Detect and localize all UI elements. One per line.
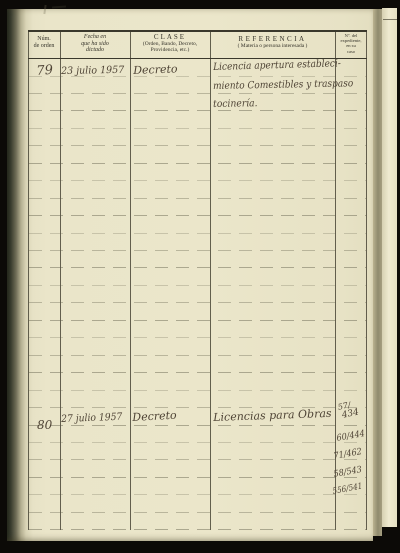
ruled-line <box>29 372 366 373</box>
header-subtitle: ( Materia o persona interesada ) <box>210 43 335 49</box>
entry-79-date: 23 julio 1957 <box>61 65 124 77</box>
entry-79-class: Decreto <box>133 62 178 77</box>
header-line: de orden <box>28 43 60 50</box>
facing-page-header-line <box>383 19 397 20</box>
ruled-line <box>29 145 366 146</box>
header-title: REFERENCIA <box>210 35 335 43</box>
ruled-line <box>29 93 366 94</box>
table-vertical-line <box>366 30 367 530</box>
header-subtitle: Providencia, etc.) <box>130 47 210 53</box>
ruled-line <box>29 390 366 391</box>
ruled-line <box>29 529 366 530</box>
column-header-fecha: Fecha en que ha sido dictado <box>60 34 130 54</box>
column-header-referencia: REFERENCIA ( Materia o persona interesad… <box>210 35 335 49</box>
scanned-register-page: Núm. de orden Fecha en que ha sido dicta… <box>0 0 400 553</box>
entry-79-reference-line: tocinería. <box>213 98 258 110</box>
table-vertical-line <box>60 30 61 530</box>
header-title: CLASE <box>130 33 210 41</box>
ruled-line <box>29 180 366 181</box>
ruled-line <box>29 267 366 268</box>
table-vertical-line <box>210 30 211 530</box>
ruled-line <box>29 128 366 129</box>
ruled-line <box>29 215 366 216</box>
header-line: dictado <box>60 47 130 54</box>
header-line: caso <box>336 49 366 54</box>
ruled-line <box>29 302 366 303</box>
column-header-num-orden: Núm. de orden <box>28 36 60 50</box>
ruled-line <box>29 355 366 356</box>
table-vertical-line <box>28 30 29 530</box>
entry-80-number: 80 <box>37 418 52 432</box>
ruled-line <box>29 110 366 111</box>
ruled-line <box>29 337 366 338</box>
ruled-line <box>29 198 366 199</box>
facing-page-sliver <box>382 8 397 527</box>
table-vertical-line <box>130 30 131 530</box>
ruled-line <box>29 320 366 321</box>
table-top-border <box>28 30 367 32</box>
book-gutter-shadow <box>373 9 382 536</box>
ruled-line <box>29 459 366 460</box>
ruled-line <box>29 250 366 251</box>
ruled-line <box>29 233 366 234</box>
entry-79-number: 79 <box>36 63 54 79</box>
ruled-line <box>29 477 366 478</box>
entry-80-class: Decreto <box>132 409 177 424</box>
column-header-clase: CLASE (Orden, Bando, Decreto, Providenci… <box>130 33 210 53</box>
entry-80-date: 27 julio 1957 <box>61 412 122 425</box>
ruled-line <box>29 285 366 286</box>
ruled-line <box>29 163 366 164</box>
ruled-line <box>29 442 366 443</box>
header-line: Núm. <box>28 36 60 43</box>
column-header-expediente: Nº. del expediente, en su caso <box>336 33 366 54</box>
ruled-line <box>29 425 366 426</box>
ruled-line <box>29 494 366 495</box>
ruled-line <box>29 512 366 513</box>
